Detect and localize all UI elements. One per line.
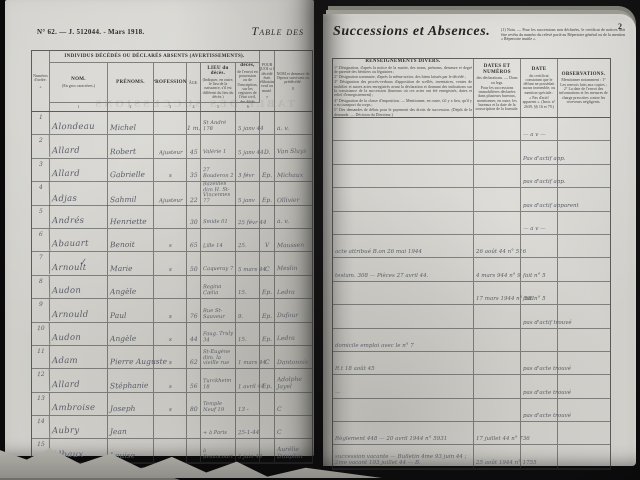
cell-epoux: Ledra: [277, 289, 295, 296]
cell-order-number: 14: [32, 416, 50, 439]
cell-nom: Alondeau: [52, 122, 95, 132]
cell-nom: Audon: [52, 333, 81, 344]
declarations-table-body: — a v — Pas d'actif app. pas d'actif: [333, 118, 610, 469]
cell-age: 22: [190, 197, 198, 204]
cell-lieu-deces: Turckheim 18: [203, 378, 234, 390]
cell-epoux: Michaux: [277, 173, 303, 180]
column-number-mark: 3: [154, 103, 187, 111]
cell-etat-civil: C: [265, 266, 270, 273]
cell-epoux: Ollivier: [277, 197, 300, 204]
table-row: — a v —: [333, 118, 610, 141]
table-row: 13 Ambroise Joseph s 80 Temple Neuf 19 1…: [32, 393, 312, 416]
cell-lieu-deces: + à Paris: [203, 431, 227, 437]
cell-order-number: 8: [32, 276, 50, 299]
cell-prenoms: Marie: [110, 264, 133, 273]
cell-date-deces: 9.: [238, 313, 243, 319]
cell-prenoms: Robert: [110, 147, 136, 156]
cell-profession: s: [169, 337, 172, 343]
cell-nom: Andrés: [52, 216, 84, 226]
cell-order-number: 4: [32, 182, 50, 206]
column-header-nom: NOM. (En gros caractères.): [50, 63, 108, 103]
cell-lieu-deces: Rue St-Sauveur: [203, 308, 234, 319]
cell-profession: s: [169, 360, 172, 366]
cell-renseignements: acte attribué B.on 26 mai 1944: [335, 249, 422, 255]
cell-prenoms: Michel: [110, 123, 136, 132]
table-row: succession vacante — Bulletin 4me 93 jui…: [333, 445, 610, 468]
cell-prenoms: Paul: [110, 310, 126, 319]
cell-profession: s: [169, 243, 172, 249]
cell-age: 80: [190, 406, 198, 413]
column-number-marks: 123456: [50, 103, 260, 111]
cell-nom: Aubry: [52, 426, 80, 437]
cell-etat-civil: Ep.: [262, 172, 272, 179]
renseignements-paragraphs: 1° Désignation, d'après la notice de la …: [334, 65, 472, 117]
deceased-table-header: Numéros d'ordre. « INDIVIDUS DÉCÉDÉS OU …: [32, 51, 312, 112]
cell-etat-civil: C: [265, 359, 270, 366]
table-row: acte attribué B.on 26 mai 1944 26 août 4…: [333, 235, 610, 258]
cell-epoux: Maussen: [277, 243, 304, 250]
deceased-table: Numéros d'ordre. « INDIVIDUS DÉCÉDÉS OU …: [31, 50, 313, 464]
cell-renseignements: R.t 18 août 45: [335, 366, 375, 372]
cell-date-deces: 15.: [238, 337, 247, 343]
column-header-observations: OBSERVATIONS. Mentionner notamment : 1° …: [558, 59, 609, 117]
cell-epoux: C: [277, 407, 282, 414]
cell-profession: s: [169, 314, 172, 320]
cell-etat-civil: Ep.: [262, 289, 272, 296]
cell-order-number: 12: [32, 369, 50, 392]
cell-age: 1 m.: [187, 125, 200, 132]
cell-epoux: Dufour: [277, 313, 298, 320]
cell-renseignements: testam. 308 — Pièces 27 avril 44.: [335, 273, 428, 279]
cell-age: 76: [190, 312, 198, 319]
cell-order-number: 5: [32, 205, 50, 228]
cell-date-deces: 1 mars 44: [238, 360, 266, 366]
cell-epoux: Adolphe Jayel: [277, 376, 310, 390]
cell-etat-civil: Ep.: [262, 197, 272, 204]
cell-profession: s: [169, 173, 172, 179]
cell-epoux: Van Sluys: [277, 149, 307, 156]
table-row: Pas d'actif app.: [333, 141, 610, 164]
cell-nom: Adam: [52, 356, 78, 366]
cell-order-number: 11: [32, 346, 50, 369]
cell-certificat: — a v —: [523, 132, 546, 138]
cell-etat-civil: Ep.: [262, 383, 272, 390]
declarations-table: RENSEIGNEMENTS DIVERS. 1° Désignation, d…: [332, 58, 611, 470]
cell-lieu-deces: 27 Bouderon 2: [203, 168, 234, 179]
table-row: pas d'actif apparent: [333, 188, 610, 211]
cell-etat-civil: Ep.: [262, 312, 272, 319]
cell-lieu-deces: Valérie 1: [203, 150, 226, 156]
cell-prenoms: Jean: [110, 427, 127, 436]
column-header-renseignements: RENSEIGNEMENTS DIVERS. 1° Désignation, d…: [333, 59, 474, 117]
cell-date-deces: 5 janv 44: [238, 150, 264, 156]
column-number-mark: 5: [201, 103, 236, 111]
cell-epoux: Ledra: [277, 336, 295, 343]
table-row: pas d'acte trouvé: [333, 399, 610, 422]
cell-age: 45: [190, 149, 198, 156]
column-header-age: ÂGE.: [187, 63, 201, 103]
cell-date-deces: 15.: [238, 290, 247, 296]
cell-order-number: 6: [32, 229, 50, 252]
cell-lieu-deces: à Besancourt: [203, 449, 234, 460]
cell-etat-civil: V: [265, 242, 269, 249]
column-header-date: DATE du décès, de l'envoi en possession …: [236, 63, 260, 103]
cell-nom: Adjas: [52, 194, 77, 204]
cell-etat-civil: Ep.: [262, 336, 272, 343]
table-row: — pas d'acte trouvé: [333, 375, 610, 398]
column-header-dates-numeros: DATES ET NUMÉROS des déclarations. — Don…: [474, 59, 521, 117]
cell-certificat: fait n° 5: [523, 273, 546, 279]
column-header-lieu: LIEU du décès. (Indiquer, en outre, le l…: [201, 63, 236, 103]
cell-age: 35: [190, 172, 198, 179]
printed-nota: (1) Nota. — Pour les successions non déc…: [501, 28, 625, 42]
table-row: domicile emploi avec le n° 7: [333, 329, 610, 352]
cell-epoux: Meslin: [277, 266, 298, 273]
cell-epoux: a. v.: [277, 126, 289, 133]
scanned-register-spread: N° 62. — J. 512044. - Mars 1918. Table d…: [0, 0, 640, 480]
cell-nom: Allard: [52, 169, 80, 179]
cell-age: 30: [190, 219, 198, 226]
column-header-date-certificat: DATE du certificat constatant que le déf…: [521, 59, 558, 117]
table-row: 7 Arnoult Marie s 50 Caqueray 7 5 mars 4…: [32, 252, 312, 275]
cell-etat-civil: D.: [264, 149, 271, 156]
cell-nom: Abauart: [52, 239, 89, 250]
cell-certificat: fait n° 5: [523, 296, 546, 302]
cell-age: 50: [190, 266, 198, 273]
cell-epoux: C: [277, 430, 282, 437]
column-header-prenoms: PRÉNOMS.: [108, 63, 154, 103]
cell-age: 44: [190, 336, 198, 343]
cell-order-number: 13: [32, 393, 50, 416]
table-row: 17 mars 1944 n° 581 fait n° 5: [333, 282, 610, 305]
cell-date-deces: 25.: [238, 243, 247, 249]
cell-certificat: — a v —: [523, 226, 546, 232]
cell-prenoms: Benoit: [110, 240, 135, 249]
cell-prenoms: Stéphanie: [110, 380, 149, 390]
column-number-mark: 1: [50, 103, 108, 111]
table-row: 10 Audon Angèle s 44 Faug. Truly 34 15. …: [32, 323, 312, 346]
cell-profession: s: [169, 407, 172, 413]
table-row: 14 Aubry Jean + à Paris 25-1-44 C: [32, 416, 312, 439]
form-reference: N° 62. — J. 512044. - Mars 1918.: [37, 28, 144, 36]
cell-renseignements: —: [335, 390, 341, 396]
cell-nom: Audon: [52, 286, 81, 297]
cell-lieu-deces: Caqueray 7: [203, 267, 233, 273]
column-number-mark: 2: [108, 103, 154, 111]
cell-lieu-deces: Smide 01: [203, 220, 228, 226]
cell-renseignements: Règlement 448 — 20 avril 1944 n° 5931: [335, 436, 447, 442]
cell-epoux: Dantonnie: [277, 360, 309, 367]
cell-date-deces: 5 janv 44: [238, 126, 264, 132]
cell-age: 56: [190, 383, 198, 390]
cell-nom: Arnould: [52, 309, 89, 319]
page-title-left: Table des: [252, 24, 304, 39]
cell-nom: Allard: [52, 379, 80, 390]
cell-prenoms: Pierre Auguste: [110, 357, 167, 366]
cell-nom: Arnoult: [52, 263, 87, 273]
cell-date-deces: 5 janv: [238, 198, 255, 204]
cell-date-deces: 25 févr 44: [238, 220, 267, 226]
table-row: 5 Andrés Henriette 30 Smide 01 25 févr 4…: [32, 206, 312, 229]
cell-dates-numeros: 4 mars 944 n° 9: [476, 273, 521, 279]
cell-profession: s: [169, 267, 172, 273]
cell-dates-numeros: 26 août 44 n° 516: [476, 249, 526, 255]
cell-lieu-deces: Bazeilles dim H. St-Vincennes 77: [203, 182, 234, 205]
table-row: 2 Allard Robert Ajusteur 45 Valérie 1 5 …: [32, 135, 312, 158]
renseignements-paragraph: 4° Désignation de la classe d'imposition…: [334, 99, 472, 108]
cell-order-number: 7: [32, 252, 50, 275]
cell-date-deces: 5 juin 44: [238, 454, 263, 460]
cell-profession: s: [169, 384, 172, 390]
column-header-epoux: NOM et demeure de l'époux survivant ou p…: [275, 51, 311, 111]
table-row: testam. 308 — Pièces 27 avril 44. 4 mars…: [333, 258, 610, 281]
cell-renseignements: domicile emploi avec le n° 7: [335, 343, 414, 349]
cell-age: 62: [190, 359, 198, 366]
cell-date-deces: 3 févr: [238, 173, 254, 179]
column-header-profession: PROFESSION.: [154, 63, 187, 103]
table-row: 8 Audon Angèle Regina Cælia 15. Ep. Ledr…: [32, 276, 312, 299]
cell-date-deces: 25-1-44: [238, 430, 259, 436]
cell-order-number: 3: [32, 159, 50, 182]
renseignements-paragraph: 3° Désignation des procès-verbaux d'appo…: [334, 80, 472, 97]
table-row: pas d'actif trouvé: [333, 305, 610, 328]
cell-prenoms: Henriette: [110, 217, 147, 226]
left-page: N° 62. — J. 512044. - Mars 1918. Table d…: [5, 0, 314, 456]
column-number-mark: 6: [236, 103, 260, 111]
group-header: INDIVIDUS DÉCÉDÉS OU DÉCLARÉS ABSENTS (A…: [50, 51, 260, 63]
table-row: 6 Abauart Benoit s 65 Lille 14 25. V Mau…: [32, 229, 312, 252]
cell-date-deces: 5 mars 44: [238, 267, 266, 273]
cell-renseignements: succession vacante — Bulletin 4me 93 jui…: [335, 454, 472, 466]
column-number-mark: 4: [187, 103, 201, 111]
cell-nom: Allard: [52, 146, 80, 157]
cell-lieu-deces: St-Eugène dim. la vieille rue: [203, 350, 234, 367]
cell-profession: Ajusteur: [159, 198, 183, 204]
renseignements-paragraph: 1° Désignation, d'après la notice de la …: [334, 66, 472, 75]
renseignements-paragraph: 5° Des demandes de délais pour le payeme…: [334, 108, 472, 117]
table-row: 11 Adam Pierre Auguste s 62 St-Eugène di…: [32, 346, 312, 369]
cell-prenoms: Sahmil: [110, 195, 137, 205]
cell-lieu-deces: St André 178: [203, 121, 234, 132]
table-row: 12 Allard Stéphanie s 56 Turckheim 18 1 …: [32, 369, 312, 392]
column-header-etat-civil: POUR QUOI si le décédé était célibataire…: [260, 51, 275, 111]
cell-prenoms: Angèle: [110, 287, 136, 297]
cell-epoux: Aurélie Dauphin: [277, 447, 310, 460]
right-page: Successions et Absences. 2 (1) Nota. — P…: [323, 14, 636, 466]
table-row: — a v —: [333, 212, 610, 235]
cell-prenoms: Gabrielle: [110, 170, 145, 179]
column-header-order: Numéros d'ordre. «: [32, 51, 50, 111]
table-row: R.t 18 août 45 pas d'acte trouvé: [333, 352, 610, 375]
cell-lieu-deces: Lille 14: [203, 244, 223, 250]
table-row: pas d'actif app.: [333, 165, 610, 188]
page-title-right: Successions et Absences.: [333, 24, 490, 40]
cell-lieu-deces: Temple Neuf 19: [203, 402, 234, 413]
table-row: Règlement 448 — 20 avril 1944 n° 5931 17…: [333, 422, 610, 445]
cell-nom: Ambroise: [52, 403, 95, 413]
cell-order-number: 2: [32, 135, 50, 158]
cell-profession: Ajusteur: [159, 150, 183, 156]
cell-prenoms: Joseph: [110, 404, 136, 413]
table-row: 4 Adjas Sahmil Ajusteur 22 Bazeilles dim…: [32, 182, 312, 205]
cell-order-number: 10: [32, 322, 50, 345]
cell-order-number: 1: [32, 112, 50, 135]
table-row: 3 Allard Gabrielle s 35 27 Bouderon 2 3 …: [32, 159, 312, 182]
deceased-table-body: 1 Alondeau Michel 1 m. St André 178 5 ja…: [32, 112, 312, 463]
cell-prenoms: Angèle: [110, 334, 136, 344]
cell-epoux: a. v.: [277, 219, 289, 226]
cell-lieu-deces: Faug. Truly 34: [203, 332, 234, 344]
cell-age: 65: [190, 242, 198, 249]
table-row: 1 Alondeau Michel 1 m. St André 178 5 ja…: [32, 112, 312, 135]
cell-date-deces: 13 -: [238, 407, 249, 413]
declarations-table-header: RENSEIGNEMENTS DIVERS. 1° Désignation, d…: [333, 59, 610, 118]
cell-lieu-deces: Regina Cælia: [203, 285, 234, 297]
table-row: 9 Arnould Paul s 76 Rue St-Sauveur 9. Ep…: [32, 299, 312, 322]
cell-order-number: 9: [32, 299, 50, 322]
cell-date-deces: 1 avril 44: [238, 383, 265, 390]
